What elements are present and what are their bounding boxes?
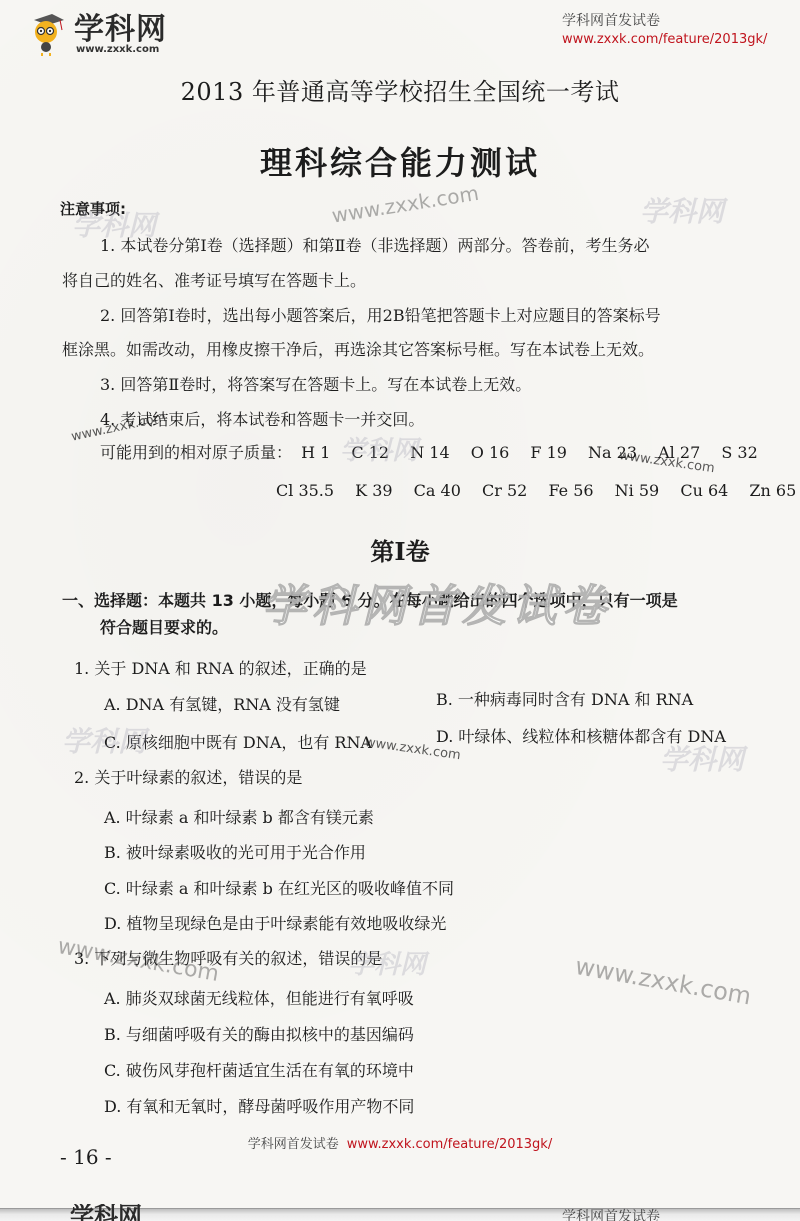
section-title: 第Ⅰ卷 bbox=[0, 532, 800, 567]
mass-Ni: Ni 59 bbox=[615, 481, 660, 500]
watermark-logo: 学科网 bbox=[660, 738, 744, 778]
note-1-line2: 将自己的姓名、准考证号填写在答题卡上。 bbox=[62, 268, 366, 291]
mass-H: H 1 bbox=[301, 443, 330, 462]
mascot-icon bbox=[30, 12, 66, 56]
mass-Zn: Zn 65 bbox=[749, 481, 796, 500]
watermark-logo: 学科网 bbox=[62, 720, 146, 760]
logo-wordmark: 学科网 bbox=[74, 4, 167, 48]
mass-Cu: Cu 64 bbox=[680, 481, 728, 500]
note-1-line1: 1. 本试卷分第Ⅰ卷（选择题）和第Ⅱ卷（非选择题）两部分。答卷前，考生务必 bbox=[100, 233, 650, 256]
mass-Cr: Cr 52 bbox=[482, 481, 527, 500]
atomic-masses-label: 可能用到的相对原子质量： bbox=[100, 440, 292, 463]
q3-option-c: C. 破伤风芽孢杆菌适宜生活在有氧的环境中 bbox=[104, 1058, 414, 1081]
footer-link[interactable]: www.zxxk.com/feature/2013gk/ bbox=[347, 1137, 552, 1152]
q1-option-a: A. DNA 有氢键，RNA 没有氢键 bbox=[104, 692, 340, 715]
note-2-line2: 框涂黑。如需改动，用橡皮擦干净后，再选涂其它答案标号框。写在本试卷上无效。 bbox=[62, 337, 654, 360]
question-1-stem: 1. 关于 DNA 和 RNA 的叙述，正确的是 bbox=[74, 656, 367, 679]
next-page-header-label: 学科网首发试卷 bbox=[562, 1208, 660, 1221]
mass-Cl: Cl 35.5 bbox=[276, 481, 334, 500]
atomic-masses-row2: Cl 35.5 K 39 Ca 40 Cr 52 Fe 56 Ni 59 Cu … bbox=[276, 481, 800, 500]
section-instruction-line2: 符合题目要求的。 bbox=[100, 615, 228, 638]
mass-Ca: Ca 40 bbox=[414, 481, 461, 500]
page-number: - 16 - bbox=[60, 1145, 112, 1169]
q2-option-a: A. 叶绿素 a 和叶绿素 b 都含有镁元素 bbox=[104, 805, 374, 828]
next-page-logo: 学科网 bbox=[70, 1204, 142, 1221]
logo-url: www.zxxk.com bbox=[76, 44, 159, 55]
mass-S: S 32 bbox=[721, 443, 757, 462]
note-3: 3. 回答第Ⅱ卷时，将答案写在答题卡上。写在本试卷上无效。 bbox=[100, 372, 531, 395]
watermark-url: www.zxxk.com bbox=[56, 934, 221, 987]
exam-title: 2013 年普通高等学校招生全国统一考试 bbox=[0, 72, 800, 107]
mass-O: O 16 bbox=[471, 443, 510, 462]
q3-option-b: B. 与细菌呼吸有关的酶由拟核中的基因编码 bbox=[104, 1022, 414, 1045]
q3-option-d: D. 有氧和无氧时，酵母菌呼吸作用产物不同 bbox=[104, 1094, 414, 1117]
header-link[interactable]: www.zxxk.com/feature/2013gk/ bbox=[562, 32, 767, 47]
note-2-line1: 2. 回答第Ⅰ卷时，选出每小题答案后，用2B铅笔把答题卡上对应题目的答案标号 bbox=[100, 303, 661, 326]
q2-option-c: C. 叶绿素 a 和叶绿素 b 在红光区的吸收峰值不同 bbox=[104, 876, 454, 899]
q2-option-b: B. 被叶绿素吸收的光可用于光合作用 bbox=[104, 840, 366, 863]
watermark-logo: 学科网 bbox=[348, 944, 426, 981]
watermark-logo: 学科网 bbox=[640, 190, 724, 230]
exam-page: 学科网 www.zxxk.com 学科网首发试卷 www.zxxk.com/fe… bbox=[0, 0, 800, 1221]
watermark-logo: 学科网 bbox=[72, 204, 156, 244]
watermark-logo: 学科网 bbox=[340, 430, 418, 467]
q2-option-d: D. 植物呈现绿色是由于叶绿素能有效地吸收绿光 bbox=[104, 911, 446, 934]
mass-K: K 39 bbox=[355, 481, 392, 500]
watermark-url: www.zxxk.com bbox=[330, 181, 480, 228]
footer-banner: 学科网首发试卷www.zxxk.com/feature/2013gk/ bbox=[0, 1133, 800, 1152]
q3-option-a: A. 肺炎双球菌无线粒体，但能进行有氧呼吸 bbox=[104, 986, 414, 1009]
site-logo[interactable]: 学科网 www.zxxk.com bbox=[22, 4, 182, 56]
header-right: 学科网首发试卷 www.zxxk.com/feature/2013gk/ bbox=[562, 10, 767, 47]
watermark-url: www.zxxk.com bbox=[573, 952, 753, 1011]
header-label: 学科网首发试卷 bbox=[562, 10, 767, 30]
footer-label: 学科网首发试卷 bbox=[248, 1137, 339, 1152]
question-2-stem: 2. 关于叶绿素的叙述，错误的是 bbox=[74, 765, 302, 788]
exam-subtitle: 理科综合能力测试 bbox=[0, 138, 800, 184]
q1-option-b: B. 一种病毒同时含有 DNA 和 RNA bbox=[436, 687, 693, 710]
watermark-banner: 学科网首发试卷 bbox=[262, 570, 612, 634]
mass-Fe: Fe 56 bbox=[548, 481, 593, 500]
mass-F: F 19 bbox=[530, 443, 567, 462]
